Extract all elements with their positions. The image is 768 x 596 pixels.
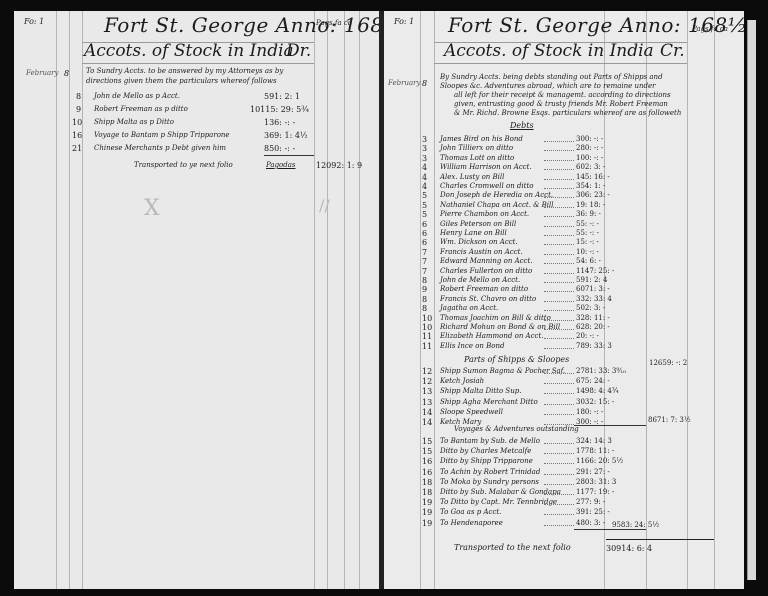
page-subheading: Accots. of Stock in India — [444, 41, 654, 61]
entry-amount: 54: 6: - — [576, 257, 601, 265]
ledger-entry: 13Shipp Agha Merchant Ditto3032: 15: - — [384, 398, 744, 408]
currency-column-header: Pags fa ca — [692, 25, 728, 33]
leader-dots — [544, 398, 574, 405]
entry-text: John de Mello on Acct. — [440, 276, 520, 284]
entry-amount: 291: 27: - — [576, 468, 610, 476]
leader-dots — [544, 201, 574, 208]
entry-day: 8 — [422, 295, 427, 304]
slash-mark: // — [319, 196, 330, 215]
entry-day: 8 — [422, 276, 427, 285]
leader-dots — [544, 182, 574, 189]
transfer-total: 12092: 1: 9 — [316, 161, 362, 170]
entry-text: Henry Lane on Bill — [440, 229, 507, 237]
entry-day: 13 — [422, 398, 432, 407]
voyages-total: 9583: 24: 5½ — [612, 521, 659, 529]
entry-day: 12 — [422, 367, 432, 376]
leader-dots — [544, 457, 574, 464]
entry-text: Ketch Josiah — [440, 377, 484, 385]
entry-day: 3 — [422, 144, 427, 153]
opening-entry-line-2: directions given them the particulars wh… — [86, 77, 277, 85]
leader-dots — [544, 387, 574, 394]
entry-day: 10 — [422, 323, 432, 332]
entry-text: To Hendenaporee — [440, 519, 503, 527]
entry-text: Robert Freeman on ditto — [440, 285, 528, 293]
leader-dots — [544, 285, 574, 292]
sum-rule — [574, 425, 646, 426]
entry-text: Elizabeth Hammond on Acct. — [440, 332, 543, 340]
entry-day: 8 — [422, 304, 427, 313]
entry-day: 14 — [422, 418, 432, 427]
ledger-entry: 15To Bantam by Sub. de Mello324: 14: 3 — [384, 437, 744, 447]
entry-text: To Bantam by Sub. de Mello — [440, 437, 540, 445]
entry-amount: 277: 9: - — [576, 498, 605, 506]
leader-dots — [544, 267, 574, 274]
currency-label: Pagodas — [266, 161, 296, 169]
entry-amount: 180: -: - — [576, 408, 603, 416]
entry-text: Shipp Malta as p Ditto — [94, 118, 174, 126]
cross-mark: X — [144, 196, 160, 221]
debts-total: 12659: -: 2 — [649, 359, 687, 367]
entry-day: 6 — [422, 238, 427, 247]
entry-day: 18 — [422, 488, 432, 497]
entry-amount: 6071: 3: - — [576, 285, 610, 293]
entry-text: Chinese Merchants p Debt given him — [94, 144, 226, 152]
ledger-entry: 15Ditto by Charles Metcalfe1778: 11: - — [384, 447, 744, 457]
leader-dots — [544, 295, 574, 302]
opening-line: By Sundry Accts. being debts standing ou… — [440, 73, 663, 81]
entry-amount: 1498: 4: 4¾ — [576, 387, 619, 395]
entry-text: To Moka by Sundry persons — [440, 478, 539, 486]
credit-marker: Cr. — [660, 41, 685, 61]
page-subheading: Accots. of Stock in India — [84, 41, 294, 61]
entry-amount: 328: 11: - — [576, 314, 610, 322]
transfer-total: 30914: 6: 4 — [606, 544, 652, 553]
entry-text: Shipp Agha Merchant Ditto — [440, 398, 538, 406]
leader-dots — [544, 478, 574, 485]
leader-dots — [544, 408, 574, 415]
opening-entry-line-1: To Sundry Accts. to be answered by my At… — [86, 67, 283, 75]
entry-day: 15 — [422, 437, 432, 446]
entry-amount: 55: -: - — [576, 229, 599, 237]
transfer-label: Transported to ye next folio — [134, 161, 233, 169]
entry-text: James Bird on his Bond — [440, 135, 523, 143]
entry-day: 18 — [422, 478, 432, 487]
opening-line: given, entrusting good & trusty friends … — [454, 100, 668, 108]
entry-text: Giles Peterson on Bill — [440, 220, 516, 228]
leader-dots — [544, 154, 574, 161]
entry-amount: 10: -: - — [576, 248, 599, 256]
entry-day: 19 — [422, 498, 432, 507]
entry-text: Francis St. Chavro on ditto — [440, 295, 536, 303]
entry-day: 3 — [422, 154, 427, 163]
entry-amount: 2781: 33: 3⁹⁄₁₀ — [576, 367, 626, 375]
ledger-entry: 8 John de Mello as p Acct. 591: 2: 1 — [14, 92, 379, 102]
entry-day: 11 — [422, 342, 432, 351]
entry-amount: 1177: 19: - — [576, 488, 614, 496]
entry-amount: 1778: 11: - — [576, 447, 614, 455]
entry-day: 7 — [422, 248, 427, 257]
entry-text: Jagatha on Acct. — [440, 304, 498, 312]
entry-amount: 280: -: - — [576, 144, 603, 152]
entry-amount: 306: 23: - — [576, 191, 610, 199]
section-heading-ships: Parts of Shipps & Sloopes — [464, 355, 569, 364]
section-heading-voyages: Voyages & Adventures outstanding — [454, 425, 579, 433]
entry-amount: 369: 1: 4½ — [264, 131, 308, 140]
ledger-entry: 12Ketch Josiah675: 24: - — [384, 377, 744, 387]
entry-day: 14 — [422, 408, 432, 417]
leader-dots — [544, 173, 574, 180]
ships-total: 8671: 7: 3½ — [648, 416, 691, 424]
entry-text: Thomas Lott on ditto — [440, 154, 514, 162]
entry-text: Sloope Speedwell — [440, 408, 503, 416]
entry-amount: 10115: 29: 5¾ — [250, 105, 309, 114]
entry-text: Ditto by Charles Metcalfe — [440, 447, 531, 455]
entry-text: To Goa as p Acct. — [440, 508, 501, 516]
transfer-label: Transported to the next folio — [454, 543, 571, 552]
entry-text: Charles Fullerton on ditto — [440, 267, 532, 275]
entry-day: 6 — [422, 229, 427, 238]
ledger-entry: 16 Voyage to Bantam p Shipp Tripparone 3… — [14, 131, 379, 141]
entry-text: Shipp Malta Ditto Sup. — [440, 387, 521, 395]
entry-day: 16 — [422, 457, 432, 466]
entry-day: 4 — [422, 173, 427, 182]
entry-day: 15 — [422, 447, 432, 456]
entry-amount: 850: -: - — [264, 144, 295, 153]
heading-rule — [82, 63, 314, 64]
entry-amount: 591: 2: 4 — [576, 276, 607, 284]
sum-rule — [264, 155, 314, 156]
ledger-entry: 19To Hendenaporee480: 3: - — [384, 519, 744, 529]
entry-text: Ellis Ince on Bond — [440, 342, 505, 350]
entry-text: William Harrison on Acct. — [440, 163, 532, 171]
entry-amount: 15: -: - — [576, 238, 599, 246]
leader-dots — [544, 447, 574, 454]
heading-rule — [434, 63, 687, 64]
entry-day: 10 — [422, 314, 432, 323]
leader-dots — [544, 229, 574, 236]
entry-text: Robert Freeman as p ditto — [94, 105, 188, 113]
page-edge — [747, 20, 756, 580]
folio-number: Fo: 1 — [24, 17, 44, 26]
section-heading-debts: Debts — [510, 121, 534, 130]
entry-day: 4 — [422, 163, 427, 172]
leader-dots — [544, 248, 574, 255]
opening-line: all left for their receipt & managemt. a… — [454, 91, 671, 99]
entry-text: Charles Cromwell on ditto — [440, 182, 533, 190]
entry-amount: 1166: 20: 5½ — [576, 457, 623, 465]
leader-dots — [544, 498, 574, 505]
entry-text: Wm. Dickson on Acct. — [440, 238, 518, 246]
entry-amount: 591: 2: 1 — [264, 92, 300, 101]
ledger-entry: 16Ditto by Shipp Tripparone1166: 20: 5½ — [384, 457, 744, 467]
entry-text: John Tillierx on ditto — [440, 144, 513, 152]
leader-dots — [544, 367, 574, 374]
leader-dots — [544, 135, 574, 142]
leader-dots — [544, 238, 574, 245]
entry-day: 16 — [422, 468, 432, 477]
entry-day: 21 — [72, 144, 82, 153]
entry-amount: 502: 3: - — [576, 304, 605, 312]
leader-dots — [544, 144, 574, 151]
sum-rule — [574, 529, 646, 530]
entry-day: 6 — [422, 220, 427, 229]
entry-day: 19 — [422, 508, 432, 517]
entry-amount: 675: 24: - — [576, 377, 610, 385]
leader-dots — [544, 418, 574, 425]
ledger-entry: 18Ditto by Sub. Malabar & Gondapa1177: 1… — [384, 488, 744, 498]
entry-amount: 36: 9: - — [576, 210, 601, 218]
ledger-entry: 19To Goa as p Acct.391: 25: - — [384, 508, 744, 518]
leader-dots — [544, 437, 574, 444]
entry-amount: 391: 25: - — [576, 508, 610, 516]
entry-text: To Ditto by Capt. Mr. Tennbridge — [440, 498, 557, 506]
leader-dots — [544, 508, 574, 515]
entry-text: Thomas Joachim on Bill & ditto — [440, 314, 551, 322]
entry-day: 5 — [422, 201, 427, 210]
entry-amount: 628: 20: - — [576, 323, 610, 331]
entry-day: 12 — [422, 377, 432, 386]
debit-marker: Dr. — [286, 41, 311, 61]
entry-amount: 145: 16: - — [576, 173, 610, 181]
entry-amount: 300: -: - — [576, 135, 603, 143]
entry-day: 9 — [76, 105, 81, 114]
leader-dots — [544, 468, 574, 475]
entry-text: Ditto by Shipp Tripparone — [440, 457, 533, 465]
entry-text: Alex. Lusty on Bill — [440, 173, 504, 181]
entry-text: Richard Mohun on Bond & on Bill — [440, 323, 560, 331]
entry-text: Pierre Chambon on Acct. — [440, 210, 529, 218]
opening-line: Sloopes &c. Adventures abroad, which are… — [440, 82, 656, 90]
leader-dots — [544, 220, 574, 227]
entry-text: Francis Austin on Acct. — [440, 248, 523, 256]
entry-day: 7 — [422, 267, 427, 276]
entry-amount: 480: 3: - — [576, 519, 605, 527]
entry-text: To Achin by Robert Trinidad — [440, 468, 540, 476]
entry-day: 4 — [422, 182, 427, 191]
entry-day: 8 — [76, 92, 81, 101]
entry-day: 16 — [72, 131, 82, 140]
entry-amount: 2803: 31: 3 — [576, 478, 616, 486]
entry-day: 10 — [72, 118, 82, 127]
ledger-entry: 12Shipp Sumon Bagma & Pocher Saf.2781: 3… — [384, 367, 744, 377]
ledger-entry: 18To Moka by Sundry persons2803: 31: 3 — [384, 478, 744, 488]
entry-amount: 55: -: - — [576, 220, 599, 228]
leader-dots — [544, 332, 574, 339]
leader-dots — [544, 488, 574, 495]
leader-dots — [544, 163, 574, 170]
leader-dots — [544, 304, 574, 311]
entry-day: 7 — [422, 257, 427, 266]
leader-dots — [544, 323, 574, 330]
month-label: February — [26, 69, 58, 77]
folio-number: Fo: 1 — [394, 17, 414, 26]
right-ledger-page: Fo: 1 Fort St. George Anno: 168½ Pags fa… — [384, 11, 744, 589]
month-label: February — [388, 79, 420, 87]
ledger-entry: 19To Ditto by Capt. Mr. Tennbridge277: 9… — [384, 498, 744, 508]
entry-text: John de Mello as p Acct. — [94, 92, 180, 100]
leader-dots — [544, 257, 574, 264]
entry-day: 11 — [422, 332, 432, 341]
entry-text: Don Joseph de Heredia on Acct. — [440, 191, 553, 199]
ledger-entry: 9 Robert Freeman as p ditto 10115: 29: 5… — [14, 105, 379, 115]
entry-amount: 324: 14: 3 — [576, 437, 612, 445]
entry-amount: 332: 33: 4 — [576, 295, 612, 303]
ledger-entry: 13Shipp Malta Ditto Sup.1498: 4: 4¾ — [384, 387, 744, 397]
opening-line: & Mr. Richd. Browne Esqs. particulars wh… — [454, 109, 681, 117]
left-ledger-page: Fo: 1 Fort St. George Anno: 168½ Pags fa… — [14, 11, 381, 589]
entry-amount: 602: 3: - — [576, 163, 605, 171]
leader-dots — [544, 210, 574, 217]
leader-dots — [544, 377, 574, 384]
entry-day: 13 — [422, 387, 432, 396]
ledger-entry: 21 Chinese Merchants p Debt given him 85… — [14, 144, 379, 154]
currency-column-header: Pags fa ca — [316, 19, 352, 27]
leader-dots — [544, 342, 574, 349]
leader-dots — [544, 519, 574, 526]
entry-amount: 136: -: - — [264, 118, 295, 127]
entry-amount: 100: -: - — [576, 154, 603, 162]
entry-text: Voyage to Bantam p Shipp Tripparone — [94, 131, 230, 139]
entry-text: Ditto by Sub. Malabar & Gondapa — [440, 488, 561, 496]
ledger-entry: 10 Shipp Malta as p Ditto 136: -: - — [14, 118, 379, 128]
ledger-entry: 11Ellis Ince on Bond789: 33: 3 — [384, 342, 744, 352]
entry-amount: 789: 33: 3 — [576, 342, 612, 350]
entry-amount: 20: -: - — [576, 332, 599, 340]
entry-day: 9 — [422, 285, 427, 294]
entry-day: 19 — [422, 519, 432, 528]
entry-amount: 19: 18: - — [576, 201, 605, 209]
entry-day: 5 — [422, 191, 427, 200]
entry-amount: 354: 1: - — [576, 182, 605, 190]
entry-day: 3 — [422, 135, 427, 144]
leader-dots — [544, 191, 574, 198]
opening-day: 8 — [64, 69, 69, 78]
entry-day: 5 — [422, 210, 427, 219]
leader-dots — [544, 314, 574, 321]
total-rule — [606, 539, 714, 540]
entry-text: Nathaniel Chapa on Acct. & Bill — [440, 201, 554, 209]
ledger-entry: 16To Achin by Robert Trinidad291: 27: - — [384, 468, 744, 478]
entry-amount: 3032: 15: - — [576, 398, 614, 406]
leader-dots — [544, 276, 574, 283]
opening-day: 8 — [422, 79, 427, 88]
entry-amount: 1147: 25: - — [576, 267, 614, 275]
entry-text: Edward Manning on Acct. — [440, 257, 533, 265]
